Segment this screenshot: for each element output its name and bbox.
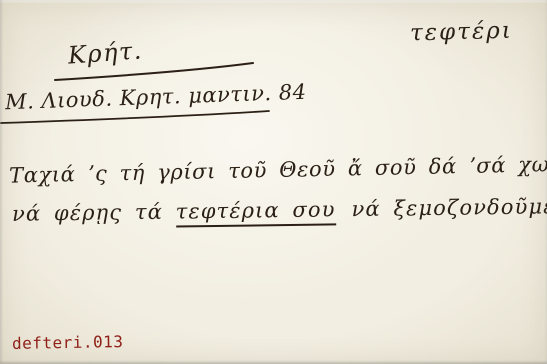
verse-line-2: νά φέρῃς τά τεφτέρια σουνά ξεμοζονδοῦμε. — [12, 194, 547, 226]
headword-label: τεφτέρι — [410, 18, 513, 47]
underlined-word-tefteria: τεφτέρια σου — [175, 197, 335, 227]
verse-line-2-end: νά ξεμοζονδοῦμε. — [351, 194, 547, 221]
index-card-scan: τεφτέρι Κρήτ. Μ. Λιουδ. Κρητ. μαντιν. 84… — [0, 0, 547, 364]
reference-citation: Μ. Λιουδ. Κρητ. μαντιν. 84 — [5, 80, 307, 115]
verse-line-1: Ταχιά ʼς τή γρίσι τοῦ Θεοῦ ἄ σοῦ δά ʼσά … — [9, 150, 547, 187]
region-label: Κρήτ. — [67, 36, 144, 69]
verse-line-2-start: νά φέρῃς τά — [12, 200, 176, 226]
catalog-code: defteri.013 — [12, 332, 124, 353]
